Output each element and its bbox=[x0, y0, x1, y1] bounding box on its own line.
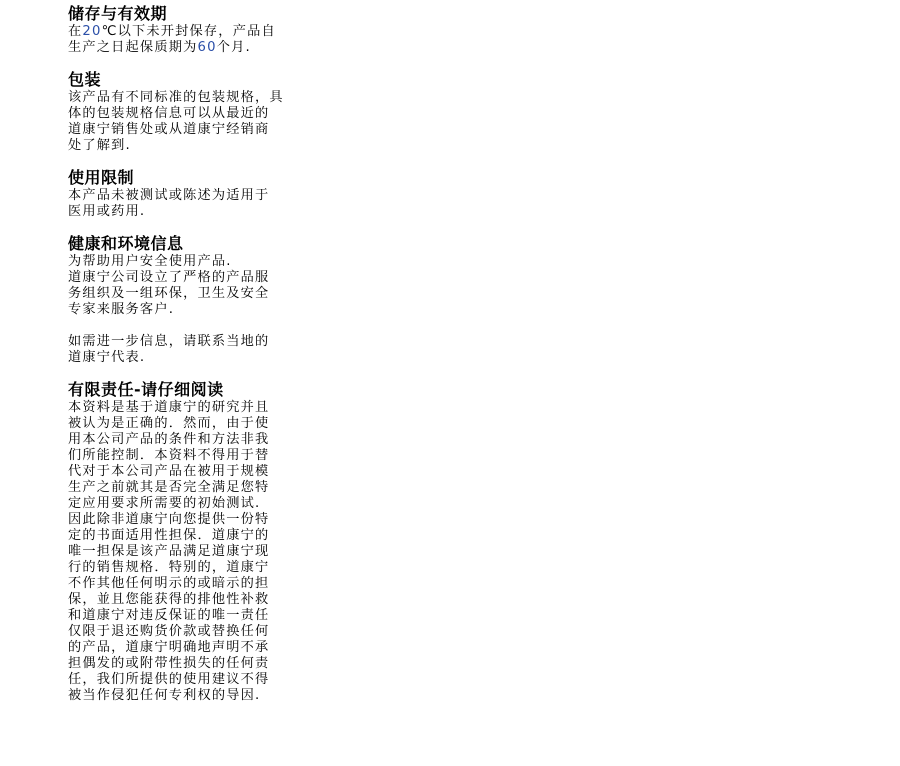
text-run: 定应用要求所需要的初始测试. bbox=[68, 496, 260, 511]
text-run: 该产品有不同标准的包装规格，具 bbox=[68, 90, 284, 105]
text-run: 被当作侵犯任何专利权的导因. bbox=[68, 688, 260, 703]
text-run: 用本公司产品的条件和方法非我 bbox=[68, 432, 269, 447]
text-line: 本产品未被测试或陈述为适用于 bbox=[68, 188, 300, 204]
text-line: 保，並且您能获得的排他性补救 bbox=[68, 592, 300, 608]
text-line: 定的书面适用性担保．道康宁的 bbox=[68, 528, 300, 544]
text-line: 该产品有不同标准的包装规格，具 bbox=[68, 90, 300, 106]
text-line: 务组织及一组环保，卫生及安全 bbox=[68, 286, 300, 302]
text-run: 在 bbox=[68, 24, 82, 39]
section-heading: 有限责任-请仔细阅读 bbox=[68, 380, 300, 400]
text-run: 道康宁公司设立了严格的产品服 bbox=[68, 270, 269, 285]
text-run: 和道康宁对违反保证的唯一责任 bbox=[68, 608, 269, 623]
text-run: 行的销售规格．特别的，道康宁 bbox=[68, 560, 269, 575]
text-line: 生产之前就其是否完全满足您特 bbox=[68, 480, 300, 496]
text-run: 定的书面适用性担保．道康宁的 bbox=[68, 528, 269, 543]
text-run: 道康宁代表. bbox=[68, 350, 145, 365]
text-line: 代对于本公司产品在被用于规模 bbox=[68, 464, 300, 480]
text-run: 生产之前就其是否完全满足您特 bbox=[68, 480, 269, 495]
section-storage-shelf-life: 储存与有效期在20℃以下未开封保存，产品自生产之日起保质期为60个月. bbox=[68, 4, 300, 56]
section-health-environment: 健康和环境信息为帮助用户安全使用产品.道康宁公司设立了严格的产品服务组织及一组环… bbox=[68, 234, 300, 366]
text-run: 担偶发的或附带性损失的任何责 bbox=[68, 656, 269, 671]
section-heading: 健康和环境信息 bbox=[68, 234, 300, 254]
text-line: 们所能控制．本资料不得用于替 bbox=[68, 448, 300, 464]
text-run: 本产品未被测试或陈述为适用于 bbox=[68, 188, 269, 203]
section-usage-limitations: 使用限制本产品未被测试或陈述为适用于医用或药用. bbox=[68, 168, 300, 220]
section-heading: 包装 bbox=[68, 70, 300, 90]
text-line: 因此除非道康宁向您提供一份特 bbox=[68, 512, 300, 528]
section-heading: 使用限制 bbox=[68, 168, 300, 188]
text-line: 的产品，道康宁明确地声明不承 bbox=[68, 640, 300, 656]
text-line: 体的包装规格信息可以从最近的 bbox=[68, 106, 300, 122]
text-line: 唯一担保是该产品满足道康宁现 bbox=[68, 544, 300, 560]
text-run: 们所能控制．本资料不得用于替 bbox=[68, 448, 269, 463]
section-limited-warranty: 有限责任-请仔细阅读本资料是基于道康宁的研究并且被认为是正确的．然而，由于使用本… bbox=[68, 380, 300, 704]
text-line: 在20℃以下未开封保存，产品自 bbox=[68, 24, 300, 40]
text-run: 的产品，道康宁明确地声明不承 bbox=[68, 640, 269, 655]
text-run: 生产之日起保质期为 bbox=[68, 40, 198, 55]
text-line: 道康宁销售处或从道康宁经销商 bbox=[68, 122, 300, 138]
text-line: 不作其他任何明示的或暗示的担 bbox=[68, 576, 300, 592]
section-paragraph: 本产品未被测试或陈述为适用于医用或药用. bbox=[68, 188, 300, 220]
text-run: 处了解到. bbox=[68, 138, 131, 153]
document-column: 储存与有效期在20℃以下未开封保存，产品自生产之日起保质期为60个月.包装该产品… bbox=[68, 4, 300, 718]
text-run: 任，我们所提供的使用建议不得 bbox=[68, 672, 269, 687]
text-line: 定应用要求所需要的初始测试. bbox=[68, 496, 300, 512]
text-run: 道康宁销售处或从道康宁经销商 bbox=[68, 122, 269, 137]
text-run: 不作其他任何明示的或暗示的担 bbox=[68, 576, 269, 591]
text-run: 被认为是正确的．然而，由于使 bbox=[68, 416, 269, 431]
text-run: 唯一担保是该产品满足道康宁现 bbox=[68, 544, 269, 559]
text-line: 医用或药用. bbox=[68, 204, 300, 220]
text-line: 仅限于退还购货价款或替换任何 bbox=[68, 624, 300, 640]
section-paragraph: 在20℃以下未开封保存，产品自生产之日起保质期为60个月. bbox=[68, 24, 300, 56]
text-line: 被当作侵犯任何专利权的导因. bbox=[68, 688, 300, 704]
text-line: 行的销售规格．特别的，道康宁 bbox=[68, 560, 300, 576]
text-line: 担偶发的或附带性损失的任何责 bbox=[68, 656, 300, 672]
text-line: 道康宁代表. bbox=[68, 350, 300, 366]
section-packaging: 包装该产品有不同标准的包装规格，具体的包装规格信息可以从最近的道康宁销售处或从道… bbox=[68, 70, 300, 154]
section-paragraph: 为帮助用户安全使用产品.道康宁公司设立了严格的产品服务组织及一组环保，卫生及安全… bbox=[68, 254, 300, 318]
text-run: 代对于本公司产品在被用于规模 bbox=[68, 464, 269, 479]
text-run: 本资料是基于道康宁的研究并且 bbox=[68, 400, 269, 415]
text-line: 本资料是基于道康宁的研究并且 bbox=[68, 400, 300, 416]
text-run: ℃以下未开封保存，产品自 bbox=[102, 24, 276, 39]
text-run: 医用或药用. bbox=[68, 204, 145, 219]
text-line: 道康宁公司设立了严格的产品服 bbox=[68, 270, 300, 286]
section-heading: 储存与有效期 bbox=[68, 4, 300, 24]
text-run: 保，並且您能获得的排他性补救 bbox=[68, 592, 269, 607]
text-line: 如需进一步信息，请联系当地的 bbox=[68, 334, 300, 350]
text-line: 处了解到. bbox=[68, 138, 300, 154]
section-paragraph: 该产品有不同标准的包装规格，具体的包装规格信息可以从最近的道康宁销售处或从道康宁… bbox=[68, 90, 300, 154]
text-line: 和道康宁对违反保证的唯一责任 bbox=[68, 608, 300, 624]
text-run: 体的包装规格信息可以从最近的 bbox=[68, 106, 269, 121]
text-line: 任，我们所提供的使用建议不得 bbox=[68, 672, 300, 688]
text-run: 专家来服务客户. bbox=[68, 302, 174, 317]
text-run: 仅限于退还购货价款或替换任何 bbox=[68, 624, 269, 639]
section-paragraph: 如需进一步信息，请联系当地的道康宁代表. bbox=[68, 334, 300, 366]
numeric-value: 60 bbox=[198, 40, 217, 55]
numeric-value: 20 bbox=[82, 24, 101, 39]
text-run: 个月. bbox=[217, 40, 251, 55]
text-line: 生产之日起保质期为60个月. bbox=[68, 40, 300, 56]
text-run: 务组织及一组环保，卫生及安全 bbox=[68, 286, 269, 301]
text-line: 用本公司产品的条件和方法非我 bbox=[68, 432, 300, 448]
text-line: 被认为是正确的．然而，由于使 bbox=[68, 416, 300, 432]
text-run: 如需进一步信息，请联系当地的 bbox=[68, 334, 269, 349]
text-run: 为帮助用户安全使用产品. bbox=[68, 254, 232, 269]
text-line: 为帮助用户安全使用产品. bbox=[68, 254, 300, 270]
section-paragraph: 本资料是基于道康宁的研究并且被认为是正确的．然而，由于使用本公司产品的条件和方法… bbox=[68, 400, 300, 704]
text-line: 专家来服务客户. bbox=[68, 302, 300, 318]
text-run: 因此除非道康宁向您提供一份特 bbox=[68, 512, 269, 527]
